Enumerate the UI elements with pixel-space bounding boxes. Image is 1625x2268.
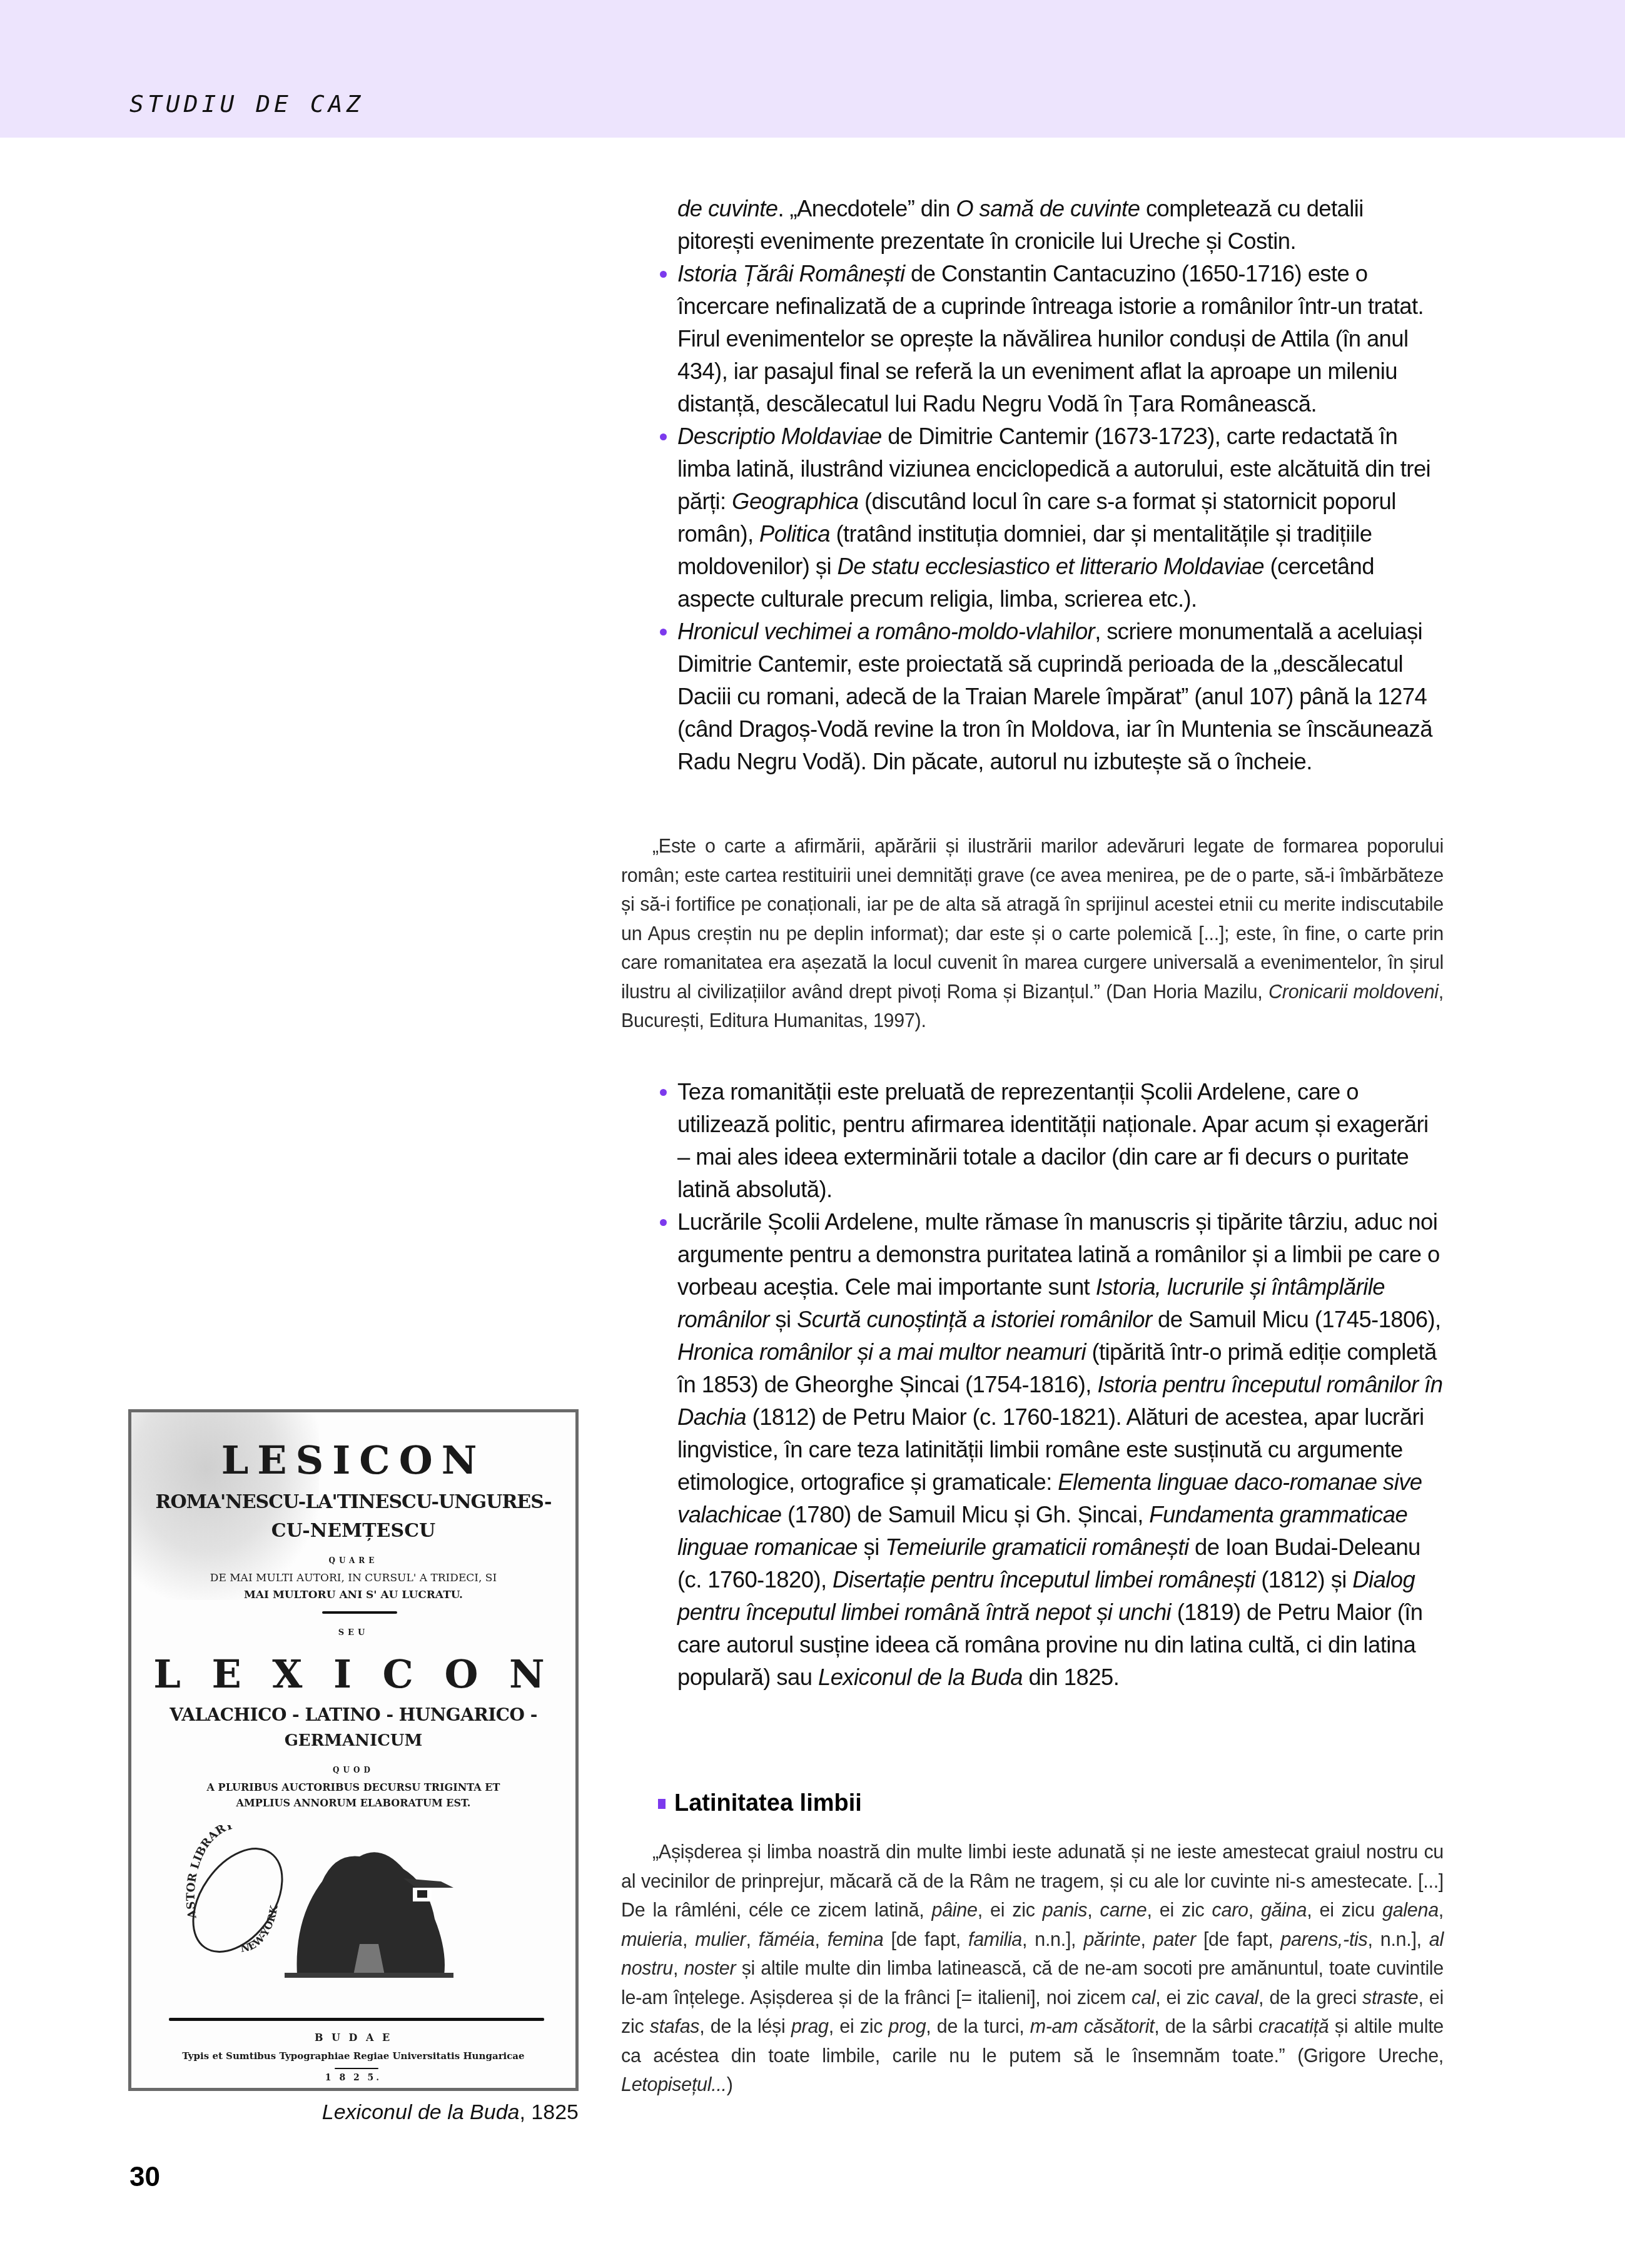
italic-run: straste	[1362, 1987, 1418, 2008]
text-run: . „Anecdotele” din	[777, 196, 956, 221]
bk-line: ROMA'NESCU-LA'TINESCU-UNGURES-	[131, 1491, 575, 1513]
bk-line: CU-NEMȚESCU	[131, 1520, 575, 1542]
text-run: , de la greci	[1258, 1987, 1362, 2008]
italic-run: cal	[1131, 1987, 1155, 2008]
text-run: [de fapt,	[1196, 1929, 1281, 1950]
text-run: , de la turci,	[926, 2016, 1030, 2037]
bk-line: GERMANICUM	[131, 1731, 575, 1750]
text-run: , ei zic	[829, 2016, 889, 2037]
bullet-item: Descriptio Moldaviae de Dimitrie Cantemi…	[660, 420, 1445, 615]
library-stamp-and-vignette-icon: ASTOR LIBRARY NEW-YORK	[166, 1825, 516, 1988]
italic-run: prag	[791, 2016, 829, 2037]
text-run: ,	[1087, 1900, 1100, 1921]
bullet-list: de cuvinte. „Anecdotele” din O samă de c…	[660, 193, 1445, 778]
text-run: și	[858, 1534, 885, 1560]
text-run: Teza romanității este preluată de reprez…	[677, 1079, 1429, 1202]
bullet-dot-icon	[660, 433, 667, 440]
italic-run: carne	[1100, 1900, 1147, 1921]
italic-run: Scurtă cunoștință a istoriei românilor	[797, 1307, 1152, 1332]
italic-run: familia	[968, 1929, 1022, 1950]
italic-run: caval	[1215, 1987, 1258, 2008]
italic-run: noster	[684, 1958, 736, 1979]
bk-line: SEU	[131, 1628, 575, 1638]
bullet-dot-icon	[660, 629, 667, 635]
bullet-item: Teza romanității este preluată de reprez…	[660, 1076, 1445, 1206]
italic-run: m-am căsătorit	[1030, 2016, 1155, 2037]
italic-run: mulier	[695, 1929, 746, 1950]
bullet-dot-icon	[660, 1219, 667, 1226]
page-number: 30	[129, 2162, 160, 2193]
imprint-line: Typis et Sumtibus Typographiae Regiae Un…	[131, 2050, 575, 2062]
italic-run: pâine	[932, 1900, 978, 1921]
lexicon-title-page-image: LESICON ROMA'NESCU-LA'TINESCU-UNGURES- C…	[128, 1409, 579, 2091]
bk-line: LESICON	[131, 1437, 575, 1483]
text-run: , n.n.],	[1022, 1929, 1083, 1950]
text-run: și	[769, 1307, 797, 1332]
text-run: (1812) și	[1255, 1567, 1353, 1592]
section-label: STUDIU DE CAZ	[129, 90, 364, 118]
text-run: ,	[1248, 1900, 1261, 1921]
italic-run: muieria	[621, 1929, 682, 1950]
text-run: , de la sârbi	[1154, 2016, 1258, 2037]
italic-run: Geographica	[732, 489, 858, 514]
figure-caption: Lexiconul de la Buda, 1825	[128, 2100, 579, 2125]
imprint-small-rule	[335, 2068, 378, 2069]
imprint-year: 1 8 2 5.	[131, 2073, 575, 2083]
italic-run: Lexiconul de la Buda	[818, 1664, 1023, 1690]
italic-run: Politica	[759, 521, 830, 547]
text-run: , ei zic	[1147, 1900, 1212, 1921]
text-run: ,	[746, 1929, 758, 1950]
bk-line: QUARE	[131, 1556, 575, 1565]
text-run: , de la léși	[699, 2016, 791, 2037]
bullet-item: Hronicul vechimei a româno-moldo-vlahilo…	[660, 615, 1445, 778]
text-run: ,	[1141, 1929, 1153, 1950]
bk-line: AMPLIUS ANNORUM ELABORATUM EST.	[131, 1797, 575, 1809]
bullet-item: de cuvinte. „Anecdotele” din O samă de c…	[660, 193, 1445, 258]
bk-line: A PLURIBUS AUCTORIBUS DECURSU TRIGINTA E…	[131, 1781, 575, 1793]
italic-run: Hronicul vechimei a româno-moldo-vlahilo…	[677, 619, 1095, 644]
italic-run: femina	[828, 1929, 884, 1950]
italic-run: panis	[1043, 1900, 1087, 1921]
text-run: [de fapt,	[883, 1929, 968, 1950]
text-run: , ei zic	[978, 1900, 1043, 1921]
bk-line: DE MAI MULTI AUTORI, IN CURSUL' A TRIDEC…	[131, 1572, 575, 1584]
italic-run: Hronica românilor și a mai multor neamur…	[677, 1339, 1086, 1365]
caption-title: Lexiconul de la Buda	[322, 2100, 520, 2124]
intro-bullet-list: de cuvinte. „Anecdotele” din O samă de c…	[660, 193, 1445, 778]
text-run: ,	[673, 1958, 684, 1979]
text-run: (1780) de Samuil Micu și Gh. Șincai,	[781, 1502, 1149, 1527]
italic-run: Letopisețul...	[621, 2074, 727, 2095]
italic-run: Cronicarii moldoveni	[1268, 981, 1439, 1003]
italic-run: galena	[1382, 1900, 1439, 1921]
text-run: „Este o carte a afirmării, apărării și i…	[621, 836, 1444, 1003]
italic-run: parens,-tis	[1280, 1929, 1367, 1950]
bullet-item: Istoria Țărâi Românești de Constantin Ca…	[660, 258, 1445, 420]
italic-run: găina	[1261, 1900, 1307, 1921]
italic-run: Temeiurile gramaticii românești	[885, 1534, 1188, 1560]
quote-ureche: „Așișderea și limba noastră din multe li…	[621, 1838, 1444, 2100]
italic-run: O samă de cuvinte	[956, 196, 1140, 221]
italic-run: Istoria Țărâi Românești	[677, 261, 905, 286]
italic-run: de cuvinte	[677, 196, 777, 221]
bk-line: VALACHICO - LATINO - HUNGARICO -	[131, 1704, 575, 1725]
italic-run: făméia	[759, 1929, 815, 1950]
italic-run: Descriptio Moldaviae	[677, 423, 882, 449]
italic-run: cracatiță	[1258, 2016, 1329, 2037]
subheading-text: Latinitatea limbii	[674, 1790, 862, 1817]
text-run: ,	[682, 1929, 695, 1950]
caption-year: , 1825	[519, 2100, 579, 2124]
text-run: de Samuil Micu (1745-1806),	[1152, 1307, 1441, 1332]
text-run: din 1825.	[1023, 1664, 1119, 1690]
bk-line: L E X I C O N	[131, 1651, 575, 1697]
italic-run: Disertație pentru începutul limbei român…	[833, 1567, 1255, 1592]
ornament-rule	[322, 1611, 397, 1614]
bullet-dot-icon	[660, 1089, 667, 1096]
imprint-city: B U D A E	[131, 2032, 575, 2043]
subheading-latinitatea: Latinitatea limbii	[658, 1790, 862, 1817]
italic-run: stafas	[650, 2016, 700, 2037]
bullet-item: Lucrările Școlii Ardelene, multe rămase …	[660, 1206, 1445, 1694]
text-run: )	[727, 2074, 733, 2095]
text-run: ,	[814, 1929, 827, 1950]
italic-run: pater	[1153, 1929, 1196, 1950]
italic-run: caro	[1212, 1900, 1248, 1921]
square-bullet-icon	[658, 1799, 666, 1809]
italic-run: părinte	[1083, 1929, 1140, 1950]
svg-text:ASTOR LIBRARY: ASTOR LIBRARY	[185, 1825, 236, 1920]
italic-run: De statu ecclesiastico et litterario Mol…	[838, 554, 1264, 579]
text-run: , n.n.],	[1368, 1929, 1429, 1950]
text-run: , ei zic	[1155, 1987, 1215, 2008]
header-band: STUDIU DE CAZ	[0, 0, 1625, 138]
imprint-rule	[169, 2018, 544, 2021]
quote-mazilu: „Este o carte a afirmării, apărării și i…	[621, 832, 1444, 1036]
bk-line: QUOD	[131, 1766, 575, 1774]
bk-line: MAI MULTORU ANI S' AU LUCRATU.	[131, 1589, 575, 1601]
bullet-dot-icon	[660, 271, 667, 278]
italic-run: prog	[888, 2016, 926, 2037]
text-run: , ei zicu	[1307, 1900, 1382, 1921]
text-run: ,	[1439, 1900, 1444, 1921]
scoala-bullet-list: Teza romanității este preluată de reprez…	[660, 1076, 1445, 1694]
bullet-list: Teza romanității este preluată de reprez…	[660, 1076, 1445, 1694]
